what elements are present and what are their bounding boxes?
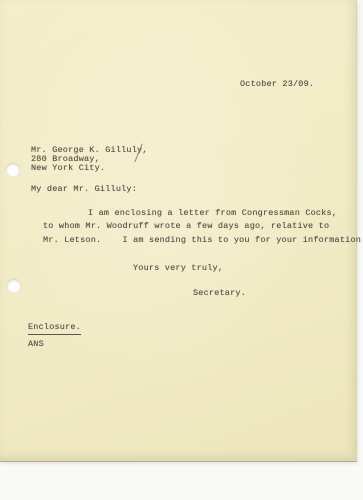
letter-page: October 23/09. Mr. George K. Gilluly, 28…	[0, 0, 357, 462]
typist-initials: ANS	[28, 340, 44, 350]
recipient-city: New York City.	[31, 164, 105, 174]
enclosure-note: Enclosure.	[28, 323, 81, 335]
body-line-1: I am enclosing a letter from Congressman…	[88, 207, 337, 221]
closing-line: Yours very truly,	[133, 264, 223, 274]
punch-hole-top	[6, 163, 20, 177]
salutation: My dear Mr. Gilluly:	[31, 185, 137, 195]
body-line-3: Mr. Letson. I am sending this to you for…	[43, 234, 363, 248]
date-line: October 23/09.	[240, 80, 314, 90]
punch-hole-bottom	[7, 279, 21, 293]
body-line-2: to whom Mr. Woodruff wrote a few days ag…	[43, 220, 329, 234]
scan-background: { "letter": { "date": "October 23/09.", …	[0, 0, 363, 500]
signature-title: Secretary.	[193, 289, 246, 299]
